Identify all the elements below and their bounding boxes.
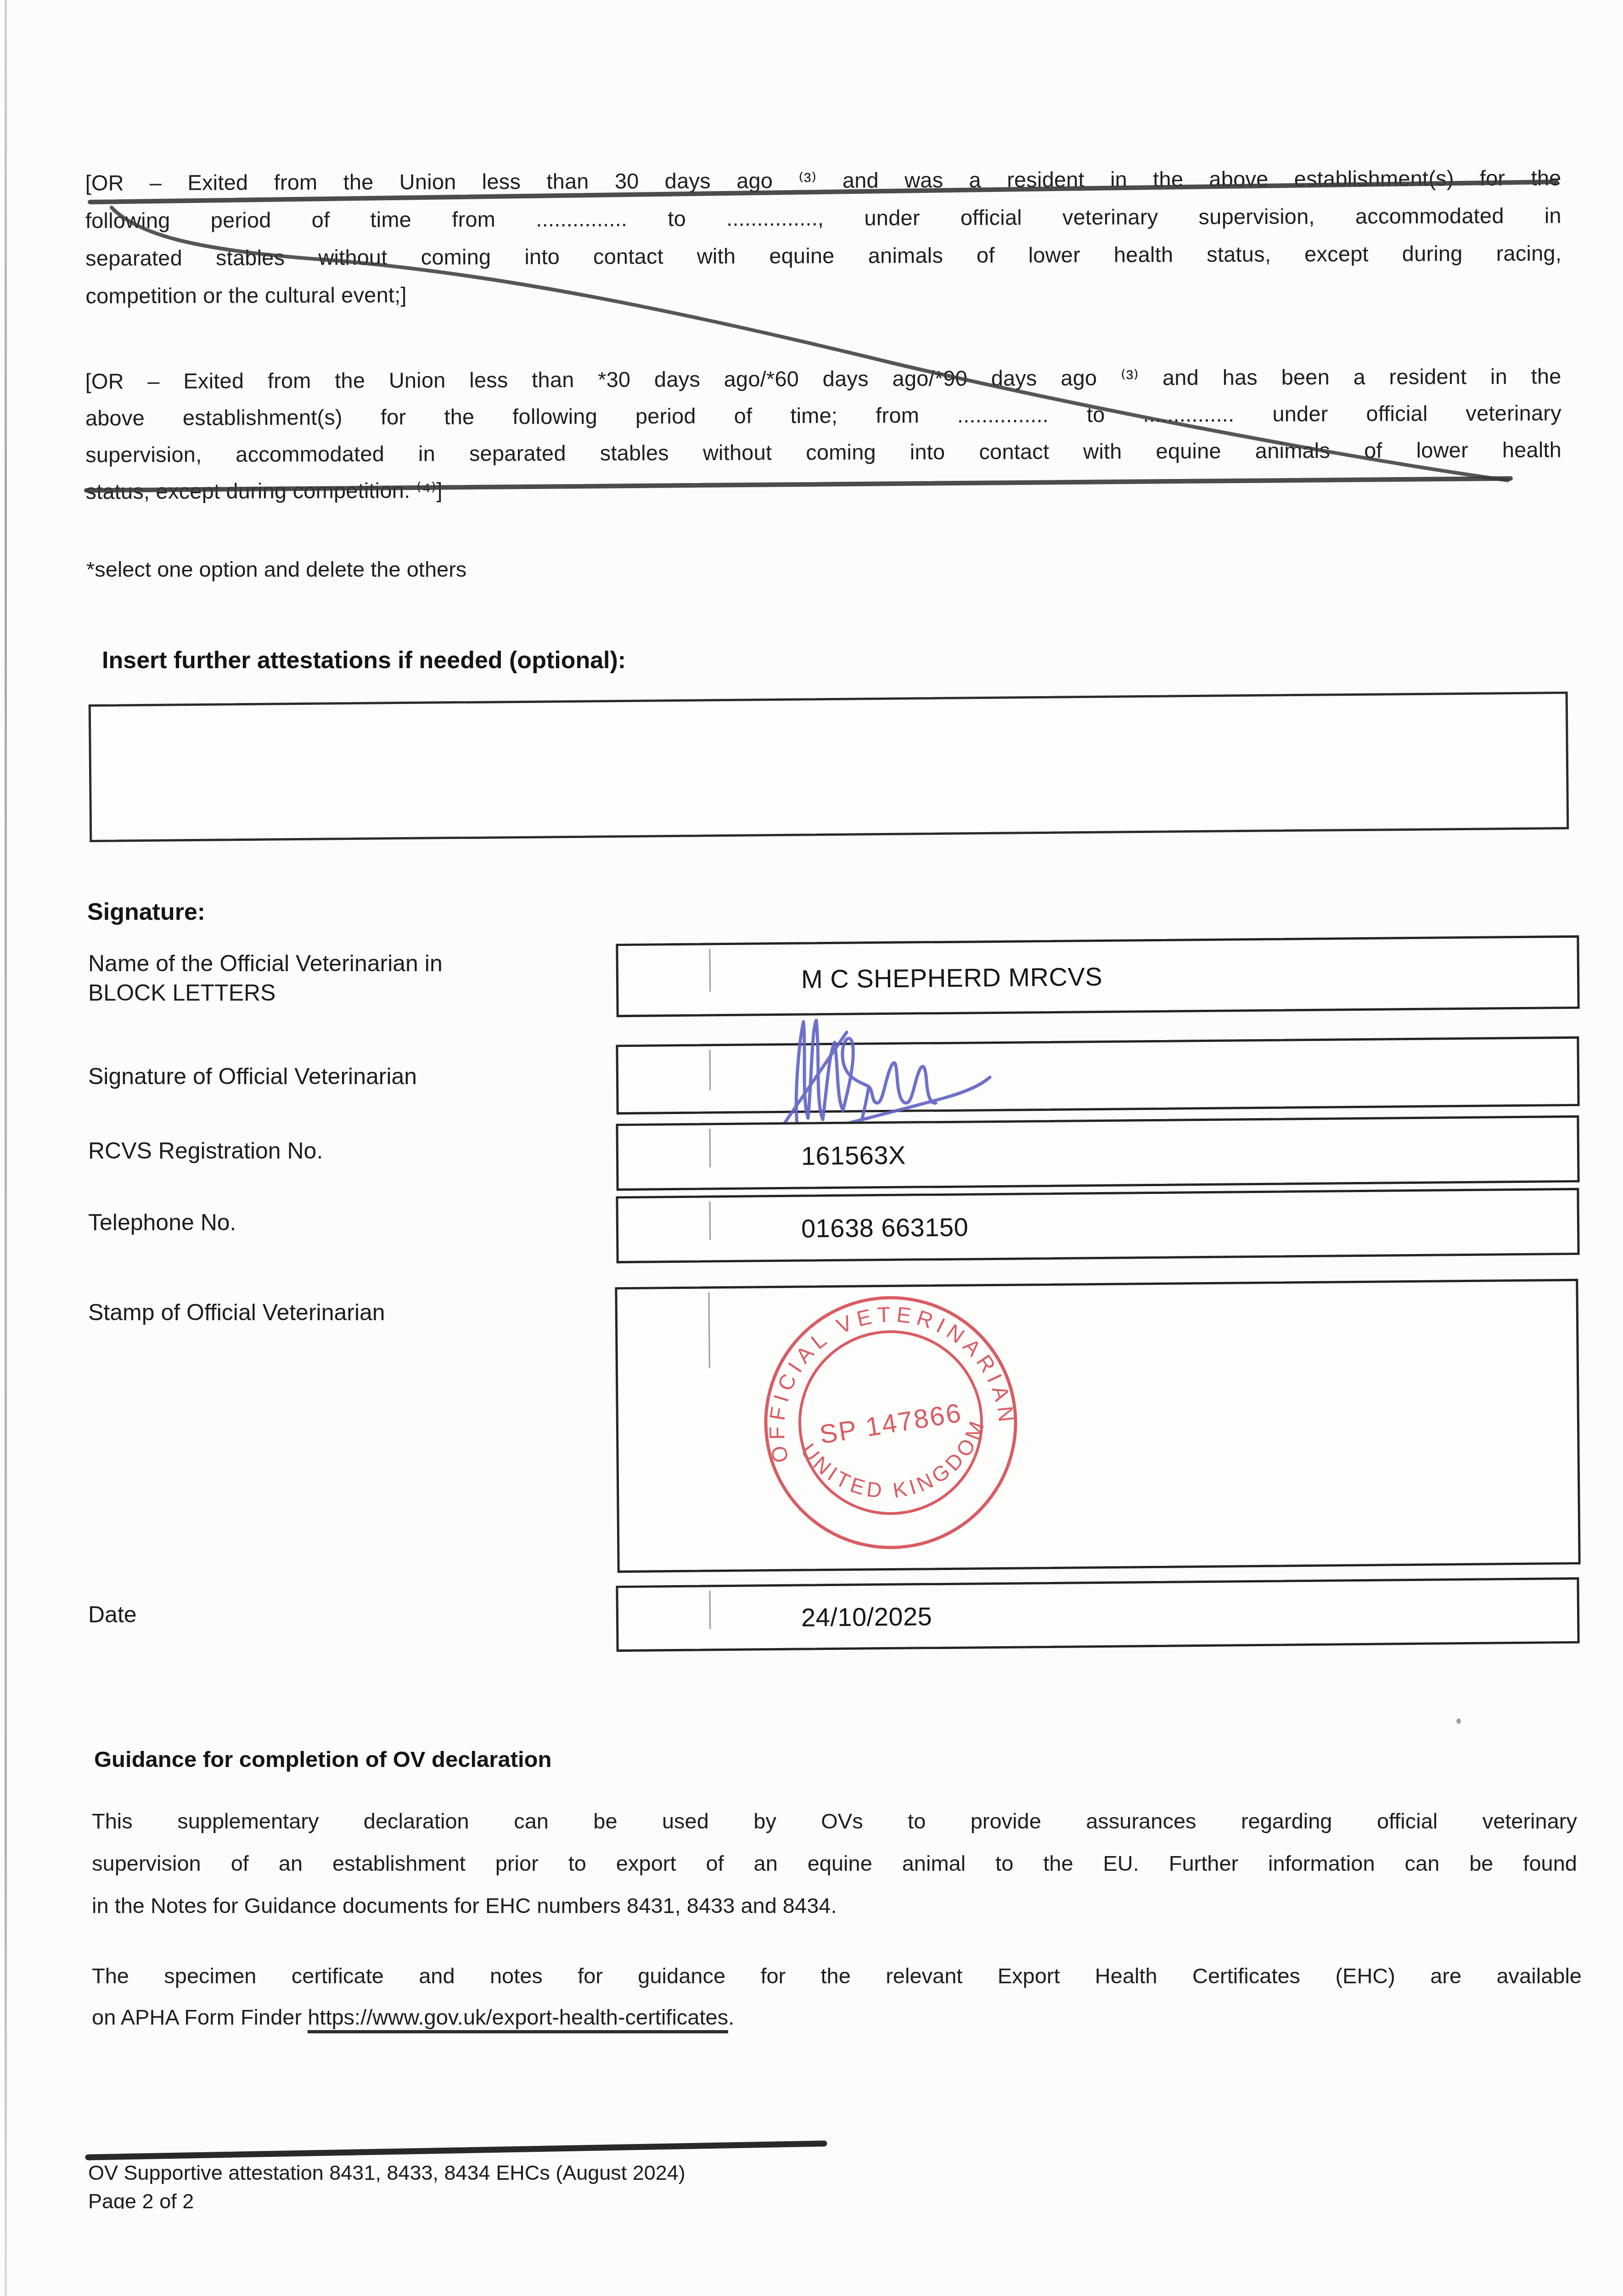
further-attestations-box [89, 692, 1569, 842]
ov-name-label: Name of the Official Veterinarian in BLO… [88, 949, 501, 1007]
telephone-value: 01638 663150 [618, 1190, 1577, 1261]
scan-edge-line [5, 0, 7, 2296]
availability-line1: The specimen certificate and notes for g… [92, 1955, 1582, 1997]
stamp-center-number: SP 147866 [818, 1398, 964, 1450]
attestation-option-2-text: [OR – Exited from the Union less than *3… [85, 358, 1561, 473]
select-option-note: *select one option and delete the others [86, 557, 466, 582]
scanned-ov-declaration-page: [OR – Exited from the Union less than 30… [0, 0, 1623, 2296]
ehc-link[interactable]: https://www.gov.uk/export-health-certifi… [308, 2005, 728, 2033]
footer-page-number: Page 2 of 2 [88, 2189, 194, 2209]
guidance-paragraph-lastline: in the Notes for Guidance documents for … [92, 1885, 1577, 1927]
signature-stroke-main [796, 1020, 936, 1125]
further-attestations-heading: Insert further attestations if needed (o… [102, 647, 626, 674]
date-field-box: 24/10/2025 [616, 1577, 1579, 1652]
date-value: 24/10/2025 [618, 1580, 1577, 1649]
guidance-paragraph: This supplementary declaration can be us… [92, 1800, 1577, 1927]
rcvs-number-label: RCVS Registration No. [88, 1136, 639, 1165]
footer-page-number-text: Page 2 of 2 [88, 2189, 194, 2209]
rcvs-number-field-box: 161563X [616, 1115, 1579, 1191]
attestation-option-2: [OR – Exited from the Union less than *3… [85, 358, 1561, 510]
footer-document-reference: OV Supportive attestation 8431, 8433, 84… [88, 2161, 685, 2185]
official-veterinarian-stamp: OFFICIAL VETERINARIAN UNITED KINGDOM SP … [741, 1285, 1040, 1560]
attestation-option-2-lastline: status, except during competition. ⁽⁴⁾] [85, 468, 1561, 510]
scan-speck [1456, 1718, 1461, 1724]
availability-line2: on APHA Form Finder https://www.gov.uk/e… [92, 1997, 1582, 2038]
ov-signature-label: Signature of Official Veterinarian [88, 1062, 639, 1091]
rcvs-number-value: 161563X [618, 1118, 1577, 1188]
attestation-option-1-lastline: competition or the cultural event;] [85, 272, 1561, 315]
attestation-option-1-text: [OR – Exited from the Union less than 30… [85, 159, 1561, 277]
guidance-heading: Guidance for completion of OV declaratio… [94, 1747, 551, 1773]
availability-prefix: on APHA Form Finder [92, 2005, 308, 2029]
guidance-paragraph-text: This supplementary declaration can be us… [92, 1800, 1577, 1885]
footer-separator-line [88, 2144, 824, 2157]
signature-section-heading: Signature: [87, 898, 205, 926]
telephone-field-box: 01638 663150 [616, 1188, 1579, 1263]
attestation-option-1: [OR – Exited from the Union less than 30… [85, 159, 1561, 315]
availability-suffix: . [728, 2005, 734, 2029]
date-label: Date [88, 1600, 455, 1629]
availability-paragraph: The specimen certificate and notes for g… [92, 1955, 1582, 2038]
telephone-label: Telephone No. [88, 1208, 639, 1237]
stamp-label: Stamp of Official Veterinarian [88, 1298, 639, 1327]
